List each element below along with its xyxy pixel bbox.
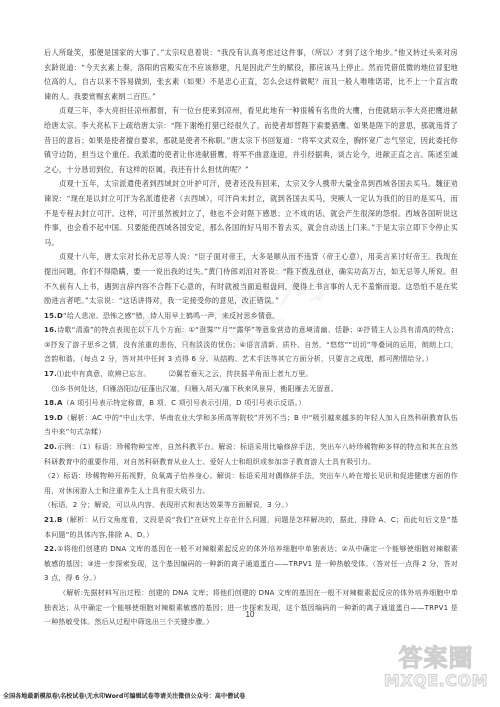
answer-text: （A 项引号表示特定称谓，B 项、C 项引号表示引用，D 项引号表示反语。）: [63, 399, 306, 407]
paragraph-4: 贞观十八年，唐太宗对长孙无忌等人说：“臣子面对帝王，大多是顺从而不违背（帝王心意…: [44, 250, 458, 308]
answer-text: ①将他们创建的 DNA 文库的基因在一般不对辣椒素起反应的体外培养细胞中单独表达…: [44, 545, 458, 582]
answer-item: 22.①将他们创建的 DNA 文库的基因在一般不对辣椒素起反应的体外培养细胞中单…: [44, 542, 458, 586]
answer-number: 16.: [44, 326, 57, 334]
answer-number: 21.B: [44, 516, 63, 524]
footer-note: 全国各地最新模拟卷\名校试卷\无水印Word可编辑试卷等请关注微信公众号：高中僧…: [3, 691, 245, 700]
answer-text: （2）标语：珍稀物种开拓视野，负氧离子怡养身心。解说：标语采用对偶修辞手法，突出…: [44, 472, 458, 495]
paragraph-1: 后人所耻笑，那便是国家的大事了。”太宗叹息着说：“我没有认真考虑过这件事，（所以…: [44, 46, 458, 104]
answer-item: （解析:先据材料写出过程：创建的 DNA 文库；将他们创建的 DNA 文库的基因…: [44, 586, 458, 630]
answer-number: 18.A: [44, 399, 63, 407]
answer-text: “给人悲凉、恐怖之感”错，诗人用早上鹤鸣一声，来反衬思乡情意。: [63, 312, 279, 320]
answer-item: 16.诗歌“清澹”的特点表现在以下几个方面：①“澄霁”“月”“露华”等意象营造的…: [44, 323, 458, 367]
answer-number: 22.: [44, 545, 57, 553]
answer-item: 15.D“给人悲凉、恐怖之感”错，诗人用早上鹤鸣一声，来反衬思乡情意。: [44, 309, 458, 324]
answer-number: 19.D: [44, 414, 63, 422]
answer-item: 20.示例：（1）标语：珍稀物种宝库，自然科教平台。解说：标语采用比喻修辞手法，…: [44, 440, 458, 469]
answer-text: ⑶乡书何处达，归雁洛阳边/征蓬出汉塞，归雁入胡天/塞下秋来风景异，衡阳雁去无留意…: [52, 385, 338, 393]
answer-text: （解析：AC 中的“中山大学、华南农业大学和多所高等院校”并列不当；B 中“吸引…: [44, 414, 458, 437]
answer-number: 20.: [44, 443, 57, 451]
answer-text: （解析:先据材料写出过程：创建的 DNA 文库；将他们创建的 DNA 文库的基因…: [44, 589, 458, 626]
answer-text: 示例：（1）标语：珍稀物种宝库，自然科教平台。解说：标语采用比喻修辞手法，突出车…: [44, 443, 458, 466]
paragraph-2: 贞观三年，李大亮担任凉州都督，有一位台使来到凉州，看见此地有一种很稀有名贵的大鹰…: [44, 104, 458, 177]
logo-en-text: MXQE.COM: [380, 671, 492, 691]
answer-text: （标语，2 分；解说，可以从内容、表现形式和表达效果等方面解说，3 分。）: [44, 501, 292, 509]
answer-item: 18.A（A 项引号表示特定称谓，B 项、C 项引号表示引用，D 项引号表示反语…: [44, 396, 458, 411]
answer-item: （2）标语：珍稀物种开拓视野，负氧离子怡养身心。解说：标语采用对偶修辞手法，突出…: [44, 469, 458, 498]
answer-item: 21.B（解析：从行文角度看，文段是说“我们”在研究上存在什么问题，问题是怎样解…: [44, 513, 458, 542]
answer-text: ⑴此中有真意，欲辨已忘言。 ⑵翼若垂天之云，抟扶摇羊角而上者九万里。: [57, 370, 313, 378]
site-logo-watermark: 答案圈 MXQE.COM: [380, 645, 492, 700]
answer-item: ⑶乡书何处达，归雁洛阳边/征蓬出汉塞，归雁入胡天/塞下秋来风景异，衡阳雁去无留意…: [44, 382, 458, 397]
answer-text: （解析：从行文角度看，文段是说“我们”在研究上存在什么问题，问题是怎样解决的，据…: [44, 516, 458, 539]
answer-item: （标语，2 分；解说，可以从内容、表现形式和表达效果等方面解说，3 分。）: [44, 498, 458, 513]
answer-text: 诗歌“清澹”的特点表现在以下几个方面：①“澄霁”“月”“露华”等意象营造的意境清…: [44, 326, 458, 363]
answer-list: 15.D“给人悲凉、恐怖之感”错，诗人用早上鹤鸣一声，来反衬思乡情意。16.诗歌…: [44, 309, 458, 630]
logo-cn-text: 答案圈: [380, 645, 492, 671]
answer-item: 17.⑴此中有真意，欲辨已忘言。 ⑵翼若垂天之云，抟扶摇羊角而上者九万里。: [44, 367, 458, 382]
answer-number: 15.D: [44, 312, 63, 320]
answer-number: 17.: [44, 370, 57, 378]
document-page: 后人所耻笑，那便是国家的大事了。”太宗叹息着说：“我没有认真考虑过这件事，（所以…: [44, 46, 458, 630]
page-number: 10: [0, 610, 500, 619]
paragraph-3: 贞观十五年，太宗派遣使者到西域封立叶护可汗，使者还没有回来，太宗又令人携带大量金…: [44, 177, 458, 250]
answer-item: 19.D（解析：AC 中的“中山大学、华南农业大学和多所高等院校”并列不当；B …: [44, 411, 458, 440]
